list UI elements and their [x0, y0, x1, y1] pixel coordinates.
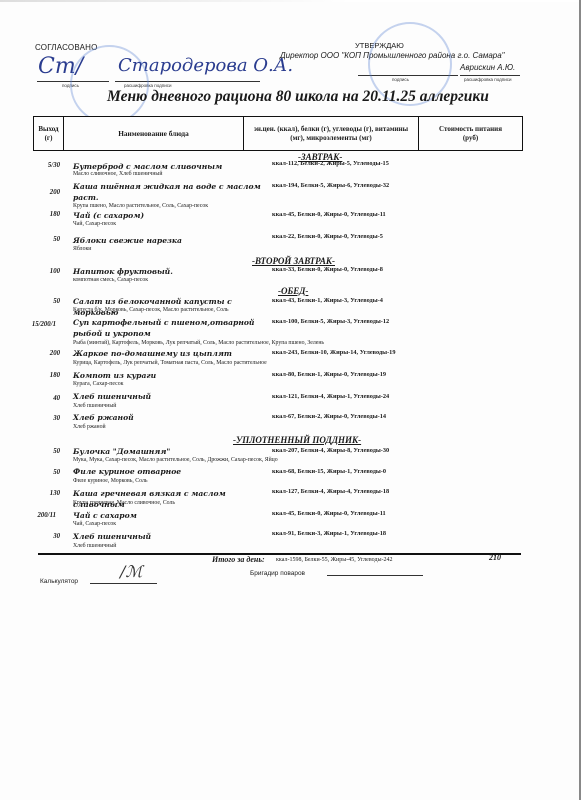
calculator-signature: /ℳ [120, 562, 143, 581]
item-output: 200 [26, 189, 60, 196]
item-name: Филе куриное отварное [73, 466, 273, 477]
item-name: Жаркое по-домашнему из цыплят [73, 348, 273, 359]
stamp-left [70, 45, 149, 124]
item-nutrition: ккал-127, Белки-4, Жиры-4, Углеводы-18 [272, 488, 389, 495]
item-nutrition: ккал-45, Белки-0, Жиры-0, Углеводы-11 [272, 211, 386, 218]
total-nutrition: ккал-1598, Белки-55, Жиры-45, Углеводы-2… [276, 557, 393, 563]
header-cost: Стоимость питания (руб) [418, 116, 523, 151]
item-ingredients: Курица, Картофель, Лук репчатый, Томатна… [73, 360, 267, 366]
section-title: -УПЛОТНЕННЫЙ ПОДДНИК- [233, 435, 361, 445]
item-ingredients: Чай, Сахар-песок [73, 221, 116, 227]
item-ingredients: Крупа пшено, Масло растительное, Соль, С… [73, 203, 208, 209]
total-cost: 210 [489, 553, 501, 562]
item-nutrition: ккал-207, Белки-4, Жиры-8, Углеводы-30 [272, 447, 389, 454]
page-edge [0, 0, 581, 2]
item-output: 200/11 [22, 512, 56, 519]
item-name: Хлеб ржаной [73, 412, 273, 423]
item-output: 180 [26, 372, 60, 379]
item-name: Напиток фруктовый. [73, 266, 273, 277]
header-output: Выход (г) [33, 116, 64, 151]
item-name: Суп картофельный с пшеном,отварной рыбой… [73, 317, 273, 339]
item-name: Булочка "Домашняя" [73, 446, 273, 457]
item-output: 200 [26, 350, 60, 357]
total-label: Итого за день: [212, 555, 265, 564]
item-ingredients: Хлеб пшеничный [73, 543, 116, 549]
item-name: Хлеб пшеничный [73, 391, 273, 402]
item-output: 5/30 [26, 162, 60, 169]
item-ingredients: Крупа гречневая, Масло сливочное, Соль [73, 500, 175, 506]
item-nutrition: ккал-91, Белки-3, Жиры-1, Углеводы-18 [272, 530, 386, 537]
calculator-signature-line [90, 583, 157, 584]
item-output: 50 [26, 236, 60, 243]
caption-decode-right: расшифровка подписи [464, 77, 511, 82]
item-nutrition: ккал-100, Белки-5, Жиры-3, Углеводы-12 [272, 318, 389, 325]
item-ingredients: Хлеб пшеничный [73, 403, 116, 409]
item-nutrition: ккал-121, Белки-4, Жиры-1, Углеводы-24 [272, 393, 389, 400]
item-output: 50 [26, 448, 60, 455]
section-title: -ОБЕД- [278, 286, 308, 296]
item-output: 15/200/1 [22, 321, 56, 328]
item-name: Каша пшённая жидкая на воде с маслом рас… [73, 181, 273, 203]
calculator-label: Калькулятор [40, 578, 78, 585]
item-name: Каша гречневая вязкая с маслом сливочным [73, 488, 273, 510]
item-ingredients: Капуста б/к, Морковь, Сахар-песок, Масло… [73, 307, 229, 313]
item-output: 30 [26, 415, 60, 422]
item-name: Чай с сахаром [73, 510, 273, 521]
item-ingredients: Курага, Сахар-песок [73, 381, 123, 387]
item-ingredients: Масло сливочное, Хлеб пшеничный [73, 171, 162, 177]
item-output: 50 [26, 298, 60, 305]
chef-label: Бригадир поваров [250, 570, 305, 577]
item-ingredients: Яблоки [73, 246, 91, 252]
section-title: -ВТОРОЙ ЗАВТРАК- [252, 256, 335, 266]
signature-name-right: Аврискин А.Ю. [460, 63, 520, 76]
item-output: 180 [26, 211, 60, 218]
item-ingredients: компотная смесь, Сахар-песок [73, 277, 148, 283]
item-nutrition: ккал-67, Белки-2, Жиры-0, Углеводы-14 [272, 413, 386, 420]
item-ingredients: Филе куриное, Морковь, Соль [73, 478, 148, 484]
header-nutrition: эн.цен. (ккал), белки (г), углеводы (г),… [243, 116, 419, 151]
item-nutrition: ккал-68, Белки-15, Жиры-1, Углеводы-0 [272, 468, 386, 475]
chef-signature-line [327, 575, 423, 576]
item-nutrition: ккал-22, Белки-0, Жиры-0, Углеводы-5 [272, 233, 383, 240]
item-nutrition: ккал-194, Белки-5, Жиры-6, Углеводы-32 [272, 182, 389, 189]
item-nutrition: ккал-112, Белки-2, Жиры-5, Углеводы-15 [272, 160, 389, 167]
item-output: 50 [26, 469, 60, 476]
item-name: Чай (с сахаром) [73, 210, 273, 221]
item-nutrition: ккал-43, Белки-1, Жиры-3, Углеводы-4 [272, 297, 383, 304]
item-ingredients: Хлеб ржаной [73, 424, 106, 430]
item-ingredients: Мука, Мука, Сахар-песок, Масло раститель… [73, 457, 278, 463]
item-ingredients: Чай, Сахар-песок [73, 521, 116, 527]
item-output: 30 [26, 533, 60, 540]
item-name: Яблоки свежие нарезка [73, 235, 273, 246]
item-nutrition: ккал-45, Белки-0, Жиры-0, Углеводы-11 [272, 510, 386, 517]
item-name: Компот из кураги [73, 370, 273, 381]
item-nutrition: ккал-33, Белки-0, Жиры-0, Углеводы-8 [272, 266, 383, 273]
item-name: Хлеб пшеничный [73, 531, 273, 542]
item-output: 100 [26, 268, 60, 275]
item-ingredients: Рыба (минтай), Картофель, Морковь, Лук р… [73, 340, 324, 346]
item-output: 40 [26, 395, 60, 402]
item-nutrition: ккал-243, Белки-10, Жиры-14, Углеводы-19 [272, 349, 395, 356]
header-name: Наименование блюда [63, 116, 244, 151]
table-bottom-rule [38, 553, 521, 555]
item-nutrition: ккал-80, Белки-1, Жиры-0, Углеводы-19 [272, 371, 386, 378]
page-title: Меню дневного рациона 80 школа на 20.11.… [107, 88, 489, 106]
item-output: 130 [26, 490, 60, 497]
